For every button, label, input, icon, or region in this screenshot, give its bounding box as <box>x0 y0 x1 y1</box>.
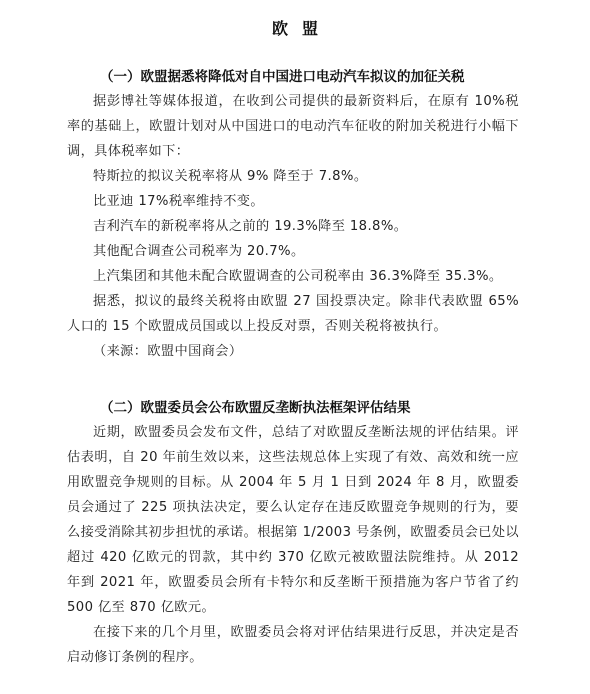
section-ev-tariffs: （一）欧盟据悉将降低对自中国进口电动汽车拟议的加征关税 据彭博社等媒体报道，在收… <box>67 65 519 364</box>
paragraph: 据悉，拟议的最终关税将由欧盟 27 国投票决定。除非代表欧盟 65%人口的 15… <box>67 289 519 339</box>
paragraph: 比亚迪 17%税率维持不变。 <box>67 189 519 214</box>
paragraph: 上汽集团和其他未配合欧盟调查的公司税率由 36.3%降至 35.3%。 <box>67 264 519 289</box>
paragraph: 近期，欧盟委员会发布文件，总结了对欧盟反垄断法规的评估结果。评估表明，自 20 … <box>67 420 519 620</box>
paragraph: 特斯拉的拟议关税率将从 9% 降至于 7.8%。 <box>67 164 519 189</box>
page-title: 欧盟 <box>0 16 590 39</box>
source-note: （来源：欧盟中国商会） <box>67 339 519 364</box>
section-antitrust-evaluation: （二）欧盟委员会公布欧盟反垄断执法框架评估结果 近期，欧盟委员会发布文件，总结了… <box>67 396 519 670</box>
document-page: 欧盟 （一）欧盟据悉将降低对自中国进口电动汽车拟议的加征关税 据彭博社等媒体报道… <box>0 0 590 694</box>
paragraph: 其他配合调查公司税率为 20.7%。 <box>67 239 519 264</box>
section-heading: （二）欧盟委员会公布欧盟反垄断执法框架评估结果 <box>67 396 519 420</box>
paragraph: 据彭博社等媒体报道，在收到公司提供的最新资料后，在原有 10%税率的基础上，欧盟… <box>67 89 519 164</box>
paragraph: 吉利汽车的新税率将从之前的 19.3%降至 18.8%。 <box>67 214 519 239</box>
paragraph: 在接下来的几个月里，欧盟委员会将对评估结果进行反思，并决定是否启动修订条例的程序… <box>67 620 519 670</box>
section-heading: （一）欧盟据悉将降低对自中国进口电动汽车拟议的加征关税 <box>67 65 519 89</box>
